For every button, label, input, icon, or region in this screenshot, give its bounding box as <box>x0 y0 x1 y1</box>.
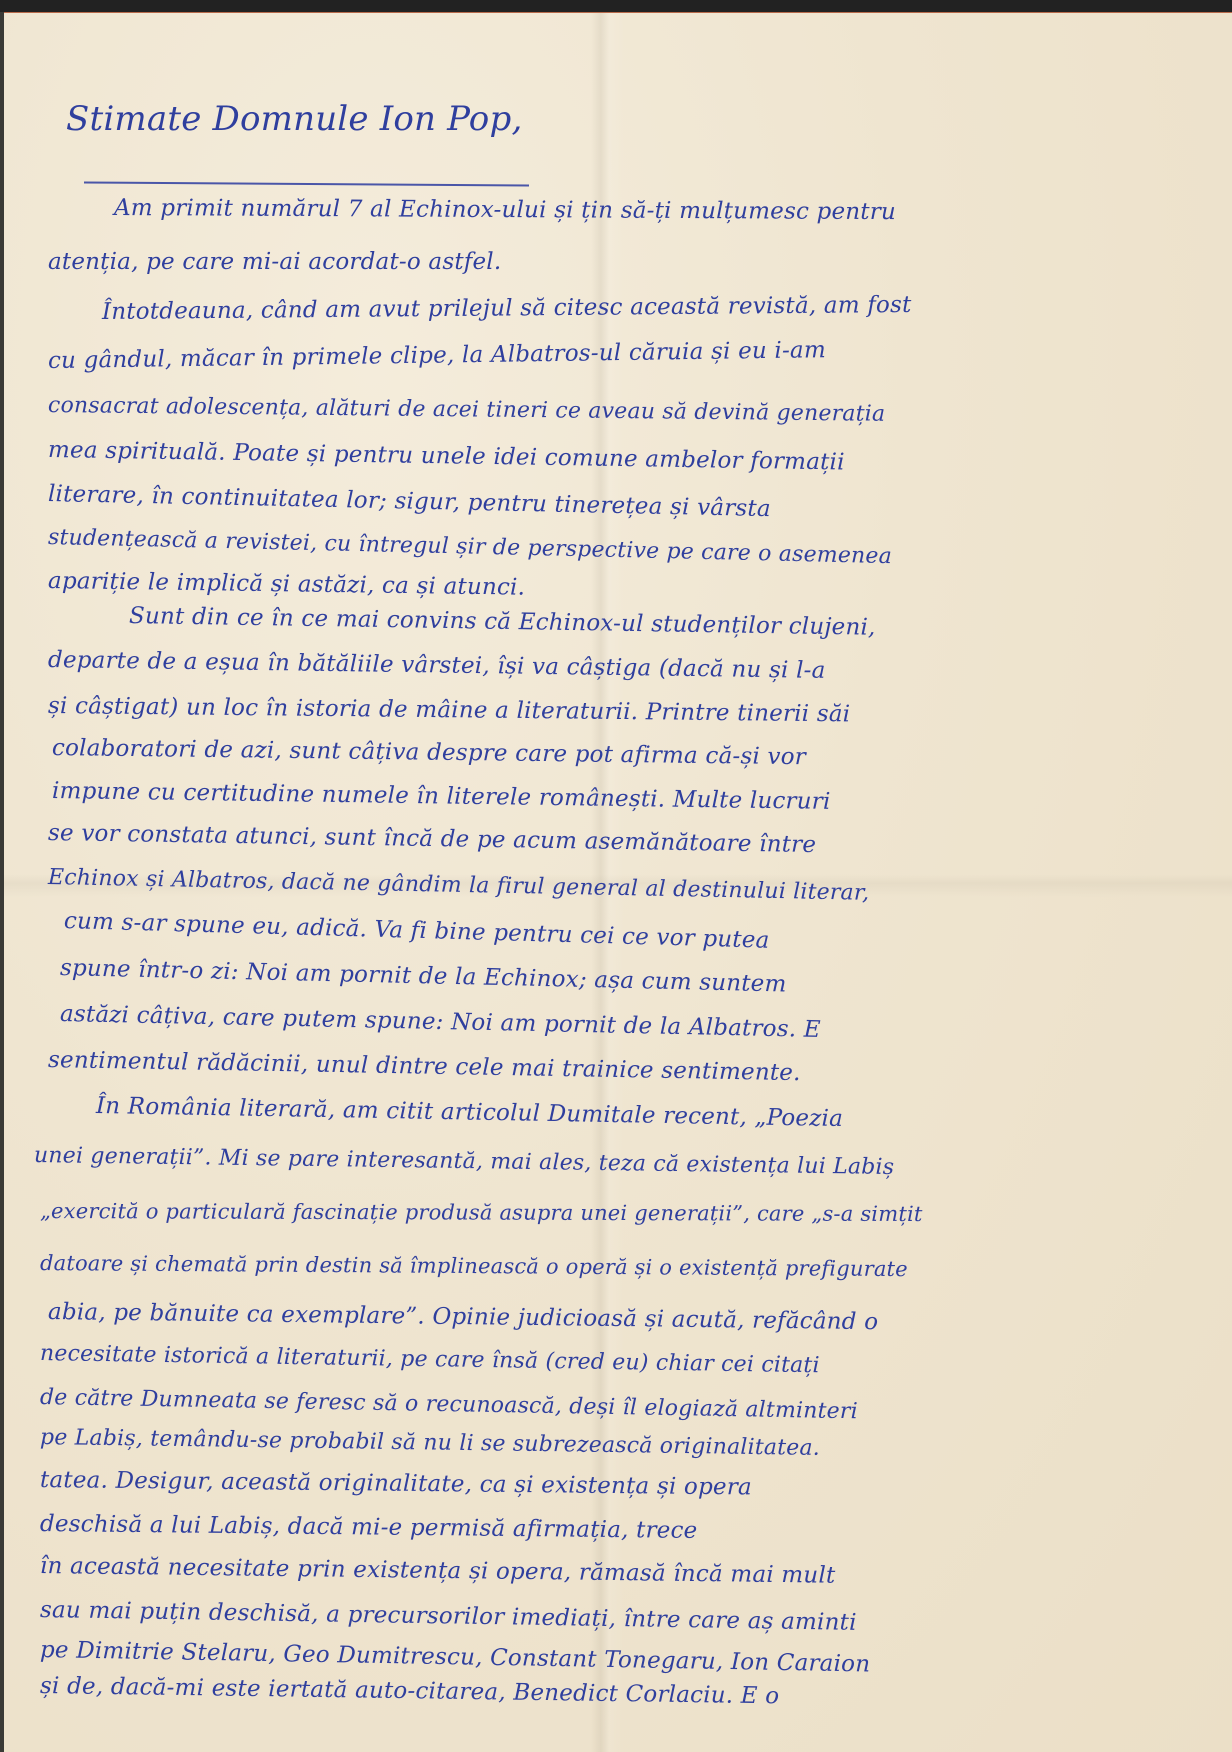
letter-line: literare, în continuitatea lor; sigur, p… <box>48 481 771 522</box>
letter-line: sau mai puțin deschisă, a precursorilor … <box>40 1597 857 1636</box>
letter-line: datoare și chemată prin destin să împlin… <box>40 1251 908 1281</box>
letter-line: consacrat adolescența, alături de acei t… <box>48 393 886 427</box>
salutation: Stimate Domnule Ion Pop, <box>66 99 522 139</box>
letter-line: deschisă a lui Labiș, dacă mi-e permisă … <box>40 1511 698 1544</box>
letter-line: necesitate istorică a literaturii, pe ca… <box>40 1341 820 1378</box>
letter-line: atenția, pe care mi-ai acordat-o astfel. <box>48 249 501 275</box>
letter-line: sentimentul rădăcinii, unul dintre cele … <box>48 1047 801 1086</box>
letter-line: abia, pe bănuite ca exemplare”. Opinie j… <box>48 1299 879 1335</box>
letter-line: colaboratori de azi, sunt câțiva despre … <box>52 735 806 770</box>
salutation-underline <box>84 181 529 186</box>
letter-line: pe Dimitrie Stelaru, Geo Dumitrescu, Con… <box>40 1637 871 1677</box>
letter-line: cu gândul, măcar în primele clipe, la Al… <box>48 337 826 374</box>
letter-line: și de, dacă-mi este iertată auto-citarea… <box>40 1673 780 1709</box>
letter-line: mea spirituală. Poate și pentru unele id… <box>48 437 845 476</box>
letter-line: studențească a revistei, cu întregul șir… <box>48 525 893 569</box>
scan-top-border <box>0 0 1232 12</box>
letter-line: tatea. Desigur, această originalitate, c… <box>40 1467 752 1500</box>
letter-line: „exercită o particulară fascinație produ… <box>40 1199 923 1226</box>
letter-line: Întotdeauna, când am avut prilejul să ci… <box>102 292 912 325</box>
letter-line: în această necesitate prin existența și … <box>40 1553 836 1589</box>
letter-line: departe de a eșua în bătăliile vârstei, … <box>48 647 826 684</box>
letter-line: Am primit numărul 7 al Echinox-ului și ț… <box>114 195 896 225</box>
letter-line: și câștigat) un loc în istoria de mâine … <box>48 693 851 727</box>
letter-line: În România literară, am citit articolul … <box>96 1093 843 1132</box>
letter-line: Sunt din ce în ce mai convins că Echinox… <box>129 603 876 641</box>
letter-line: de către Dumneata se feresc să o recunoa… <box>40 1385 858 1424</box>
letter-line: pe Labiș, temându-se probabil să nu li s… <box>40 1425 820 1461</box>
letter-line: se vor constata atunci, sunt încă de pe … <box>48 820 817 858</box>
letter-page: Stimate Domnule Ion Pop, Am primit număr… <box>4 12 1232 1752</box>
letter-line: impune cu certitudine numele în literele… <box>52 778 831 815</box>
letter-line: spune într-o zi: Noi am pornit de la Ech… <box>60 955 787 997</box>
letter-line: cum s-ar spune eu, adică. Va fi bine pen… <box>64 908 770 954</box>
letter-line: apariție le implică și astăzi, ca și atu… <box>48 568 525 601</box>
letter-line: Echinox și Albatros, dacă ne gândim la f… <box>48 865 870 906</box>
letter-line: astăzi câțiva, care putem spune: Noi am … <box>60 1001 821 1043</box>
letter-line: unei generații”. Mi se pare interesantă,… <box>34 1143 895 1180</box>
